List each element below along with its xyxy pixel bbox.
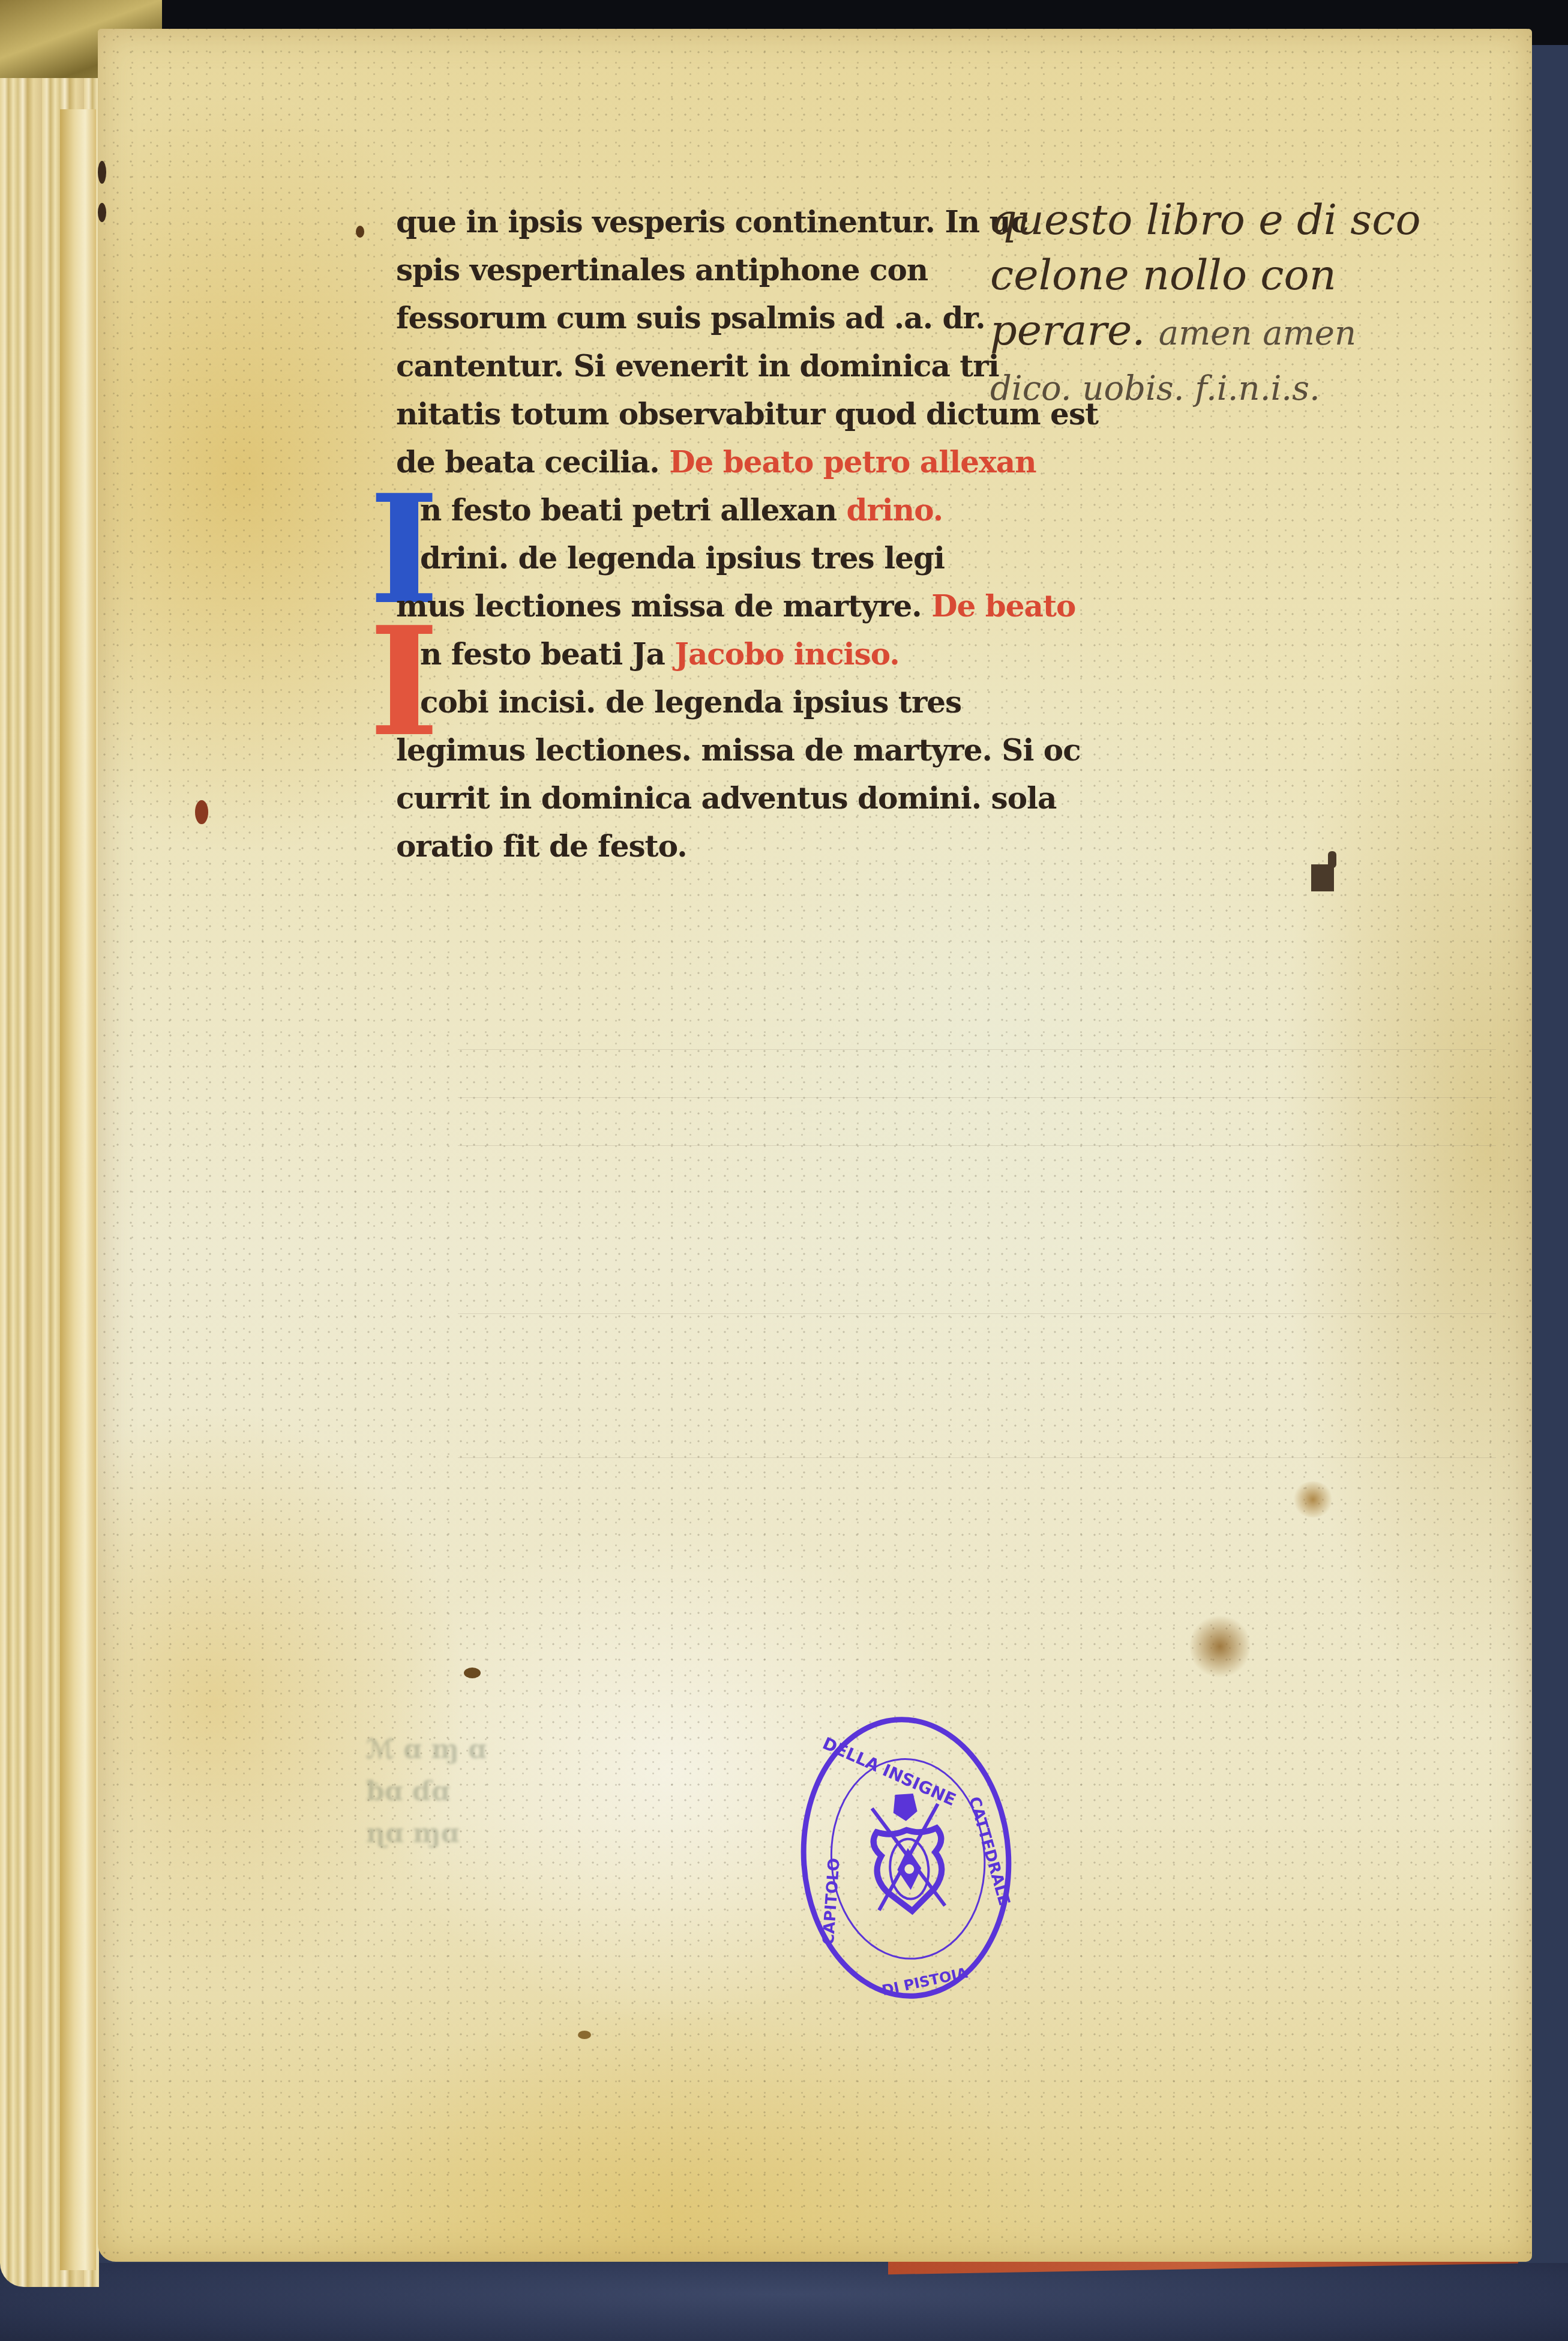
foxing-stain	[1292, 1481, 1334, 1517]
rubric-text: Jacobo inciso.	[674, 636, 899, 672]
ruling-line	[458, 1049, 1496, 1050]
line-text: cantentur. Si evenerit in dominica tri	[396, 348, 999, 384]
text-line: currit in dominica adventus domini. sola	[396, 774, 912, 822]
text-line: drini. de legenda ipsius tres legi	[396, 534, 912, 582]
offset-show-through-text: ℳ ɑ ɱ ɑ ƀɑ ɗɑ ɳɑ ɱɑ	[366, 1729, 487, 1855]
line-text: spis vespertinales antiphone con	[396, 252, 928, 288]
hole	[464, 1668, 481, 1678]
ink-mark	[98, 161, 106, 184]
text-line: cantentur. Si evenerit in dominica tri	[396, 342, 912, 390]
text-line: n festo beati Ja Jacobo inciso.	[396, 630, 912, 678]
bottom-backdrop	[0, 2263, 1568, 2341]
text-line: spis vespertinales antiphone con	[396, 246, 912, 294]
text-line: mus lectiones missa de martyre. De beato	[396, 582, 912, 630]
line-text: drini. de legenda ipsius tres legi	[420, 540, 945, 576]
main-text-column: que in ipsis vesperis continentur. In uc…	[396, 198, 912, 870]
hole	[578, 2031, 591, 2039]
ink-mark	[98, 203, 106, 222]
offset-line: ℳ ɑ ɱ ɑ	[366, 1729, 487, 1771]
text-line: que in ipsis vesperis continentur. In uc	[396, 198, 912, 246]
annotation-text: perare.	[990, 306, 1146, 355]
text-line: cobi incisi. de legenda ipsius tres	[396, 678, 912, 726]
line-text: oratio fit de festo.	[396, 828, 687, 864]
annotation-text: questo libro e di sco	[990, 195, 1421, 244]
annotation-line: dico. uobis. f.i.n.i.s.	[990, 358, 1530, 413]
line-text: currit in dominica adventus domini. sola	[396, 780, 1056, 816]
annotation-line: celone nollo con	[990, 247, 1530, 303]
line-text: mus lectiones missa de martyre.	[396, 588, 922, 624]
line-text: n festo beati petri allexan	[420, 492, 837, 528]
text-line: oratio fit de festo.	[396, 822, 912, 870]
text-line: n festo beati petri allexan drino.	[396, 486, 912, 534]
ruling-line	[458, 1313, 1496, 1314]
text-line: legimus lectiones. missa de martyre. Si …	[396, 726, 912, 774]
ink-blot	[1311, 864, 1334, 891]
foxing-stain	[1190, 1613, 1250, 1680]
line-text: legimus lectiones. missa de martyre. Si …	[396, 732, 1081, 768]
line-text: que in ipsis vesperis continentur. In uc	[396, 204, 1028, 240]
annotation-line: questo libro e di sco	[990, 192, 1530, 247]
rubric-text: De beato	[931, 588, 1075, 624]
annotation-faded-text: amen amen	[1159, 314, 1356, 353]
line-text: de beata cecilia.	[396, 444, 659, 480]
previous-leaf-edge	[60, 109, 96, 2270]
ruling-line	[458, 1097, 1496, 1098]
ruling-line	[458, 1457, 1496, 1458]
page-stack-edges	[0, 78, 99, 2287]
ruling-line	[458, 1145, 1496, 1146]
ink-dot	[356, 226, 364, 238]
line-text: fessorum cum suis psalmis ad .a. dr.	[396, 300, 985, 336]
text-line: de beata cecilia. De beato petro allexan	[396, 438, 912, 486]
line-text: cobi incisi. de legenda ipsius tres	[420, 684, 961, 720]
text-line: nitatis totum observabitur quod dictum e…	[396, 390, 912, 438]
red-stain	[195, 800, 208, 824]
annotation-text: celone nollo con	[990, 250, 1336, 300]
stamp-text-left: CAPITOLO	[820, 1857, 844, 1945]
ownership-annotation: questo libro e di sco celone nollo con p…	[990, 192, 1530, 413]
rubric-text: De beato petro allexan	[669, 444, 1036, 480]
rubric-text: drino.	[847, 492, 943, 528]
offset-line: ƀɑ ɗɑ	[366, 1771, 487, 1813]
ink-blot	[1328, 851, 1336, 868]
annotation-faded-text: dico. uobis. f.i.n.i.s.	[990, 369, 1320, 408]
offset-line: ɳɑ ɱɑ	[366, 1813, 487, 1855]
annotation-line: perare. amen amen	[990, 303, 1530, 358]
line-text: n festo beati Ja	[420, 636, 665, 672]
text-line: fessorum cum suis psalmis ad .a. dr.	[396, 294, 912, 342]
